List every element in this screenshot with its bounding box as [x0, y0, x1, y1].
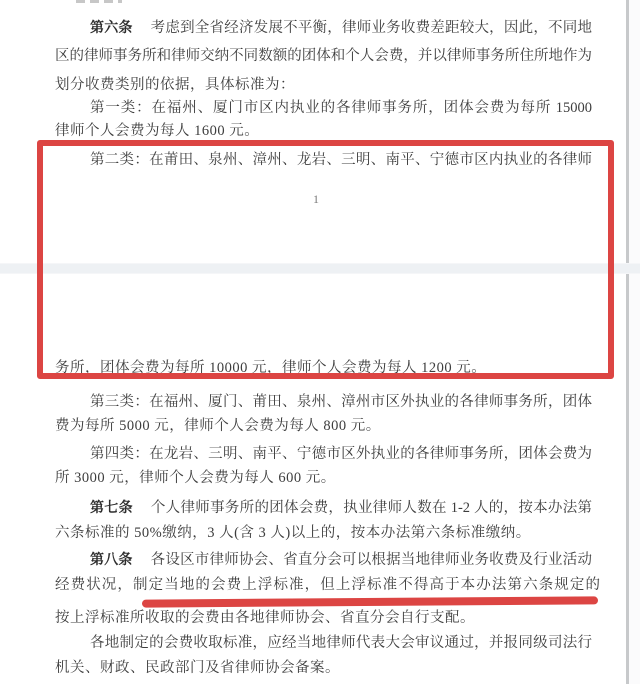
doc-line-text: 第四类：在龙岩、三明、南平、宁德市区外执业的各律师事务所，团体会费为每 — [90, 446, 592, 464]
page-edge-margin — [629, 0, 640, 684]
doc-line-text: 按上浮标准所收取的会费由各地律师协会、省直分会自行支配。 — [55, 610, 475, 626]
doc-line-text: 第一类：在福州、厦门市区内执业的各律师事务所，团体会费为每所 15000 元， — [90, 100, 592, 118]
doc-line-text: 个人律师事务所的团体会费，执业律师人数在 1-2 人的，按本办法第 — [151, 500, 592, 516]
doc-line: 律师个人会费为每人 1600 元。 — [55, 121, 592, 141]
page-edge-line — [626, 0, 629, 684]
doc-line: 各地制定的会费收取标准，应经当地律师代表大会审议通过，并报同级司法行政 — [90, 633, 592, 653]
doc-line-text: 费为每所 5000 元，律师个人会费为每人 800 元。 — [55, 418, 381, 434]
highlight-underline-annotation — [142, 596, 598, 607]
doc-line: 划分收费类别的依据，具体标准为： — [55, 75, 592, 95]
doc-line: 区的律师事务所和律师交纳不同数额的团体和个人会费，并以律师事务所住所地作为 — [55, 46, 592, 66]
article-number: 第六条 — [90, 19, 133, 35]
scanned-document-page: 第六条考虑到全省经济发展不平衡，律师业务收费差距较大，因此，不同地 区的律师事务… — [0, 0, 640, 684]
doc-line: 第八条各设区市律师协会、省直分会可以根据当地律师业务收费及行业活动 — [90, 549, 592, 569]
doc-line: 第一类：在福州、厦门市区内执业的各律师事务所，团体会费为每所 15000 元， — [90, 98, 592, 118]
clipped-text-fragment — [76, 0, 122, 3]
doc-line-text: 经费状况，制定当地的会费上浮标准，但上浮标准不得高于本办法第六条规定的 50%。 — [55, 577, 600, 595]
doc-line: 六条标准的 50%缴纳，3 人(含 3 人)以上的，按本办法第六条标准缴纳。 — [55, 523, 592, 543]
doc-line: 费为每所 5000 元，律师个人会费为每人 800 元。 — [55, 416, 592, 436]
doc-line-text: 第三类：在福州、厦门、莆田、泉州、漳州市区外执业的各律师事务所，团体会 — [90, 394, 592, 412]
doc-line-text: 六条标准的 50%缴纳，3 人(含 3 人)以上的，按本办法第六条标准缴纳。 — [55, 525, 531, 541]
highlight-box-annotation — [37, 140, 614, 379]
doc-line-text: 考虑到全省经济发展不平衡，律师业务收费差距较大，因此，不同地 — [151, 20, 592, 36]
doc-line: 按上浮标准所收取的会费由各地律师协会、省直分会自行支配。 — [55, 608, 592, 628]
doc-line-text: 各地制定的会费收取标准，应经当地律师代表大会审议通过，并报同级司法行政 — [90, 635, 592, 653]
doc-line: 所 3000 元，律师个人会费为每人 600 元。 — [55, 468, 592, 488]
doc-line: 第七条个人律师事务所的团体会费，执业律师人数在 1-2 人的，按本办法第 — [90, 497, 592, 517]
doc-line: 第三类：在福州、厦门、莆田、泉州、漳州市区外执业的各律师事务所，团体会 — [90, 392, 592, 412]
doc-line-text: 区的律师事务所和律师交纳不同数额的团体和个人会费，并以律师事务所住所地作为 — [55, 48, 592, 64]
doc-line-text: 机关、财政、民政部门及省律师协会备案。 — [55, 660, 340, 676]
doc-line: 经费状况，制定当地的会费上浮标准，但上浮标准不得高于本办法第六条规定的 50%。 — [55, 575, 600, 595]
doc-line-text: 律师个人会费为每人 1600 元。 — [55, 123, 259, 139]
article-number: 第七条 — [90, 499, 133, 515]
doc-line-text: 各设区市律师协会、省直分会可以根据当地律师业务收费及行业活动 — [151, 552, 592, 568]
doc-line: 第四类：在龙岩、三明、南平、宁德市区外执业的各律师事务所，团体会费为每 — [90, 444, 592, 464]
doc-line-text: 所 3000 元，律师个人会费为每人 600 元。 — [55, 470, 336, 486]
doc-line: 第六条考虑到全省经济发展不平衡，律师业务收费差距较大，因此，不同地 — [90, 17, 592, 37]
doc-line: 机关、财政、民政部门及省律师协会备案。 — [55, 658, 592, 678]
article-number: 第八条 — [90, 551, 133, 567]
doc-line-text: 划分收费类别的依据，具体标准为： — [55, 77, 295, 93]
